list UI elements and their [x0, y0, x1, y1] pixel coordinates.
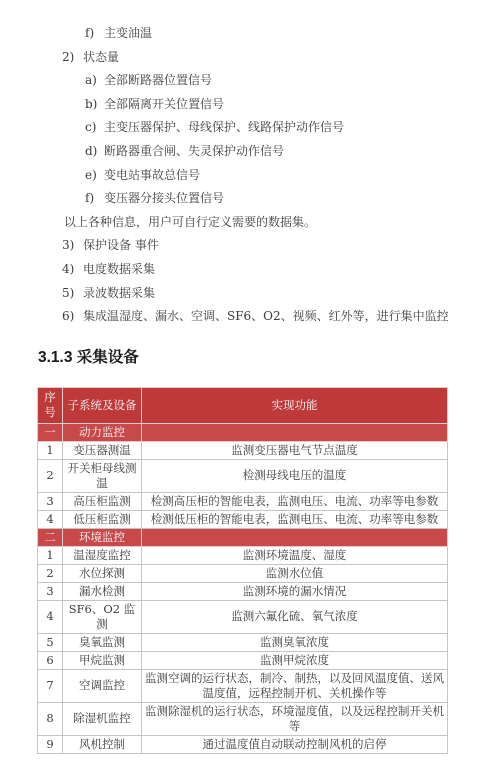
row-function: 监测六氟化硫、氧气浓度: [142, 600, 448, 633]
row-number: 2: [38, 564, 63, 582]
row-function: [142, 423, 448, 441]
row-number: 3: [38, 492, 63, 510]
table-row: 9风机控制通过温度值自动联动控制风机的启停: [38, 735, 448, 753]
row-number: 4: [38, 510, 63, 528]
row-number: 1: [38, 546, 63, 564]
list-item-text: 主变压器保护、母线保护、线路保护动作信号: [104, 116, 344, 140]
list-item-text: 保护设备 事件: [83, 234, 159, 258]
table-row: 5臭氧监测监测臭氧浓度: [38, 633, 448, 651]
list-item-text: 录波数据采集: [83, 282, 155, 306]
row-device: SF6、O2 监测: [63, 600, 142, 633]
row-function: 监测环境的漏水情况: [142, 582, 448, 600]
list-item: 2)状态量: [0, 46, 482, 70]
section-heading: 3.1.3 采集设备: [38, 345, 482, 367]
list-item-text: 全部断路器位置信号: [104, 69, 212, 93]
list-item-marker: 4): [62, 258, 83, 282]
table-row: 6甲烷监测监测甲烷浓度: [38, 651, 448, 669]
list-item: 6)集成温湿度、漏水、空调、SF6、O2、视频、红外等，进行集中监控: [0, 305, 482, 329]
list-item: 以上各种信息，用户可自行定义需要的数据集。: [0, 211, 482, 235]
row-number: 6: [38, 651, 63, 669]
table-row: 2开关柜母线测温检测母线电压的温度: [38, 459, 448, 492]
row-number: 4: [38, 600, 63, 633]
row-device: 温湿度监控: [63, 546, 142, 564]
row-function: 检测高压柜的智能电表，监测电压、电流、功率等电参数: [142, 492, 448, 510]
table-section-row: 一动力监控: [38, 423, 448, 441]
row-device: 高压柜监测: [63, 492, 142, 510]
row-device: 除湿机监控: [63, 702, 142, 735]
row-function: 监测空调的运行状态，制冷、制热，以及回风温度值、送风温度值，远程控制开机、关机操…: [142, 669, 448, 702]
list-item: 3)保护设备 事件: [0, 234, 482, 258]
list-item-text: 变压器分接头位置信号: [104, 187, 224, 211]
document-page: f)主变油温2)状态量a)全部断路器位置信号b)全部隔离开关位置信号c)主变压器…: [0, 0, 482, 763]
table-section-row: 二环境监控: [38, 528, 448, 546]
table-row: 1变压器测温监测变压器电气节点温度: [38, 441, 448, 459]
row-device: 空调监控: [63, 669, 142, 702]
table-row: 3高压柜监测检测高压柜的智能电表，监测电压、电流、功率等电参数: [38, 492, 448, 510]
outline-list: f)主变油温2)状态量a)全部断路器位置信号b)全部隔离开关位置信号c)主变压器…: [0, 0, 482, 329]
row-number: 9: [38, 735, 63, 753]
row-function: 监测变压器电气节点温度: [142, 441, 448, 459]
list-item-marker: f): [85, 187, 104, 211]
list-item: f)主变油温: [0, 22, 482, 46]
table-header-row: 序号 子系统及设备 实现功能: [38, 387, 448, 423]
list-item-marker: 3): [62, 234, 83, 258]
list-item-marker: c): [85, 116, 104, 140]
list-item-marker: e): [85, 164, 104, 188]
list-item-marker: b): [85, 93, 104, 117]
list-item: c)主变压器保护、母线保护、线路保护动作信号: [0, 116, 482, 140]
table-row: 4低压柜监测检测低压柜的智能电表，监测电压、电流、功率等电参数: [38, 510, 448, 528]
column-header-subsystem: 子系统及设备: [63, 387, 142, 423]
row-device: 开关柜母线测温: [63, 459, 142, 492]
row-device: 风机控制: [63, 735, 142, 753]
table-row: 2水位探测监测水位值: [38, 564, 448, 582]
row-function: 通过温度值自动联动控制风机的启停: [142, 735, 448, 753]
table-row: 4SF6、O2 监测监测六氟化硫、氧气浓度: [38, 600, 448, 633]
row-device: 动力监控: [63, 423, 142, 441]
list-item-marker: 2): [62, 46, 83, 70]
list-item-text: 变电站事故总信号: [104, 164, 200, 188]
row-number: 二: [38, 528, 63, 546]
list-item-marker: d): [85, 140, 104, 164]
row-number: 3: [38, 582, 63, 600]
row-number: 1: [38, 441, 63, 459]
list-item: b)全部隔离开关位置信号: [0, 93, 482, 117]
row-device: 甲烷监测: [63, 651, 142, 669]
row-number: 一: [38, 423, 63, 441]
column-header-number: 序号: [38, 387, 63, 423]
acquisition-devices-table: 序号 子系统及设备 实现功能 一动力监控1变压器测温监测变压器电气节点温度2开关…: [37, 387, 448, 754]
table-row: 3漏水检测监测环境的漏水情况: [38, 582, 448, 600]
row-function: 检测母线电压的温度: [142, 459, 448, 492]
list-item: 4)电度数据采集: [0, 258, 482, 282]
list-item-text: 断路器重合闸、失灵保护动作信号: [104, 140, 284, 164]
list-item-marker: 5): [62, 282, 83, 306]
list-item-text: 状态量: [83, 46, 119, 70]
list-item: 5)录波数据采集: [0, 282, 482, 306]
list-item-text: 主变油温: [104, 22, 152, 46]
list-item-marker: f): [85, 22, 104, 46]
list-item: e)变电站事故总信号: [0, 164, 482, 188]
row-device: 漏水检测: [63, 582, 142, 600]
row-number: 2: [38, 459, 63, 492]
row-device: 臭氧监测: [63, 633, 142, 651]
row-device: 水位探测: [63, 564, 142, 582]
list-item-marker: a): [85, 69, 104, 93]
row-device: 低压柜监测: [63, 510, 142, 528]
table-row: 1温湿度监控监测环境温度、湿度: [38, 546, 448, 564]
row-function: [142, 528, 448, 546]
table-row: 7空调监控监测空调的运行状态，制冷、制热，以及回风温度值、送风温度值，远程控制开…: [38, 669, 448, 702]
list-item: a)全部断路器位置信号: [0, 69, 482, 93]
table-row: 8除湿机监控监测除湿机的运行状态，环境湿度值，以及远程控制开关机等: [38, 702, 448, 735]
row-function: 检测低压柜的智能电表，监测电压、电流、功率等电参数: [142, 510, 448, 528]
row-number: 5: [38, 633, 63, 651]
row-function: 监测水位值: [142, 564, 448, 582]
row-function: 监测除湿机的运行状态，环境湿度值，以及远程控制开关机等: [142, 702, 448, 735]
list-item-text: 集成温湿度、漏水、空调、SF6、O2、视频、红外等，进行集中监控: [83, 305, 449, 329]
row-number: 8: [38, 702, 63, 735]
row-number: 7: [38, 669, 63, 702]
list-item: d)断路器重合闸、失灵保护动作信号: [0, 140, 482, 164]
list-item-text: 电度数据采集: [83, 258, 155, 282]
row-device: 变压器测温: [63, 441, 142, 459]
row-device: 环境监控: [63, 528, 142, 546]
column-header-function: 实现功能: [142, 387, 448, 423]
list-item-marker: 6): [62, 305, 83, 329]
list-item-text: 全部隔离开关位置信号: [104, 93, 224, 117]
list-item: f)变压器分接头位置信号: [0, 187, 482, 211]
list-item-text: 以上各种信息，用户可自行定义需要的数据集。: [64, 211, 316, 235]
row-function: 监测臭氧浓度: [142, 633, 448, 651]
row-function: 监测甲烷浓度: [142, 651, 448, 669]
row-function: 监测环境温度、湿度: [142, 546, 448, 564]
